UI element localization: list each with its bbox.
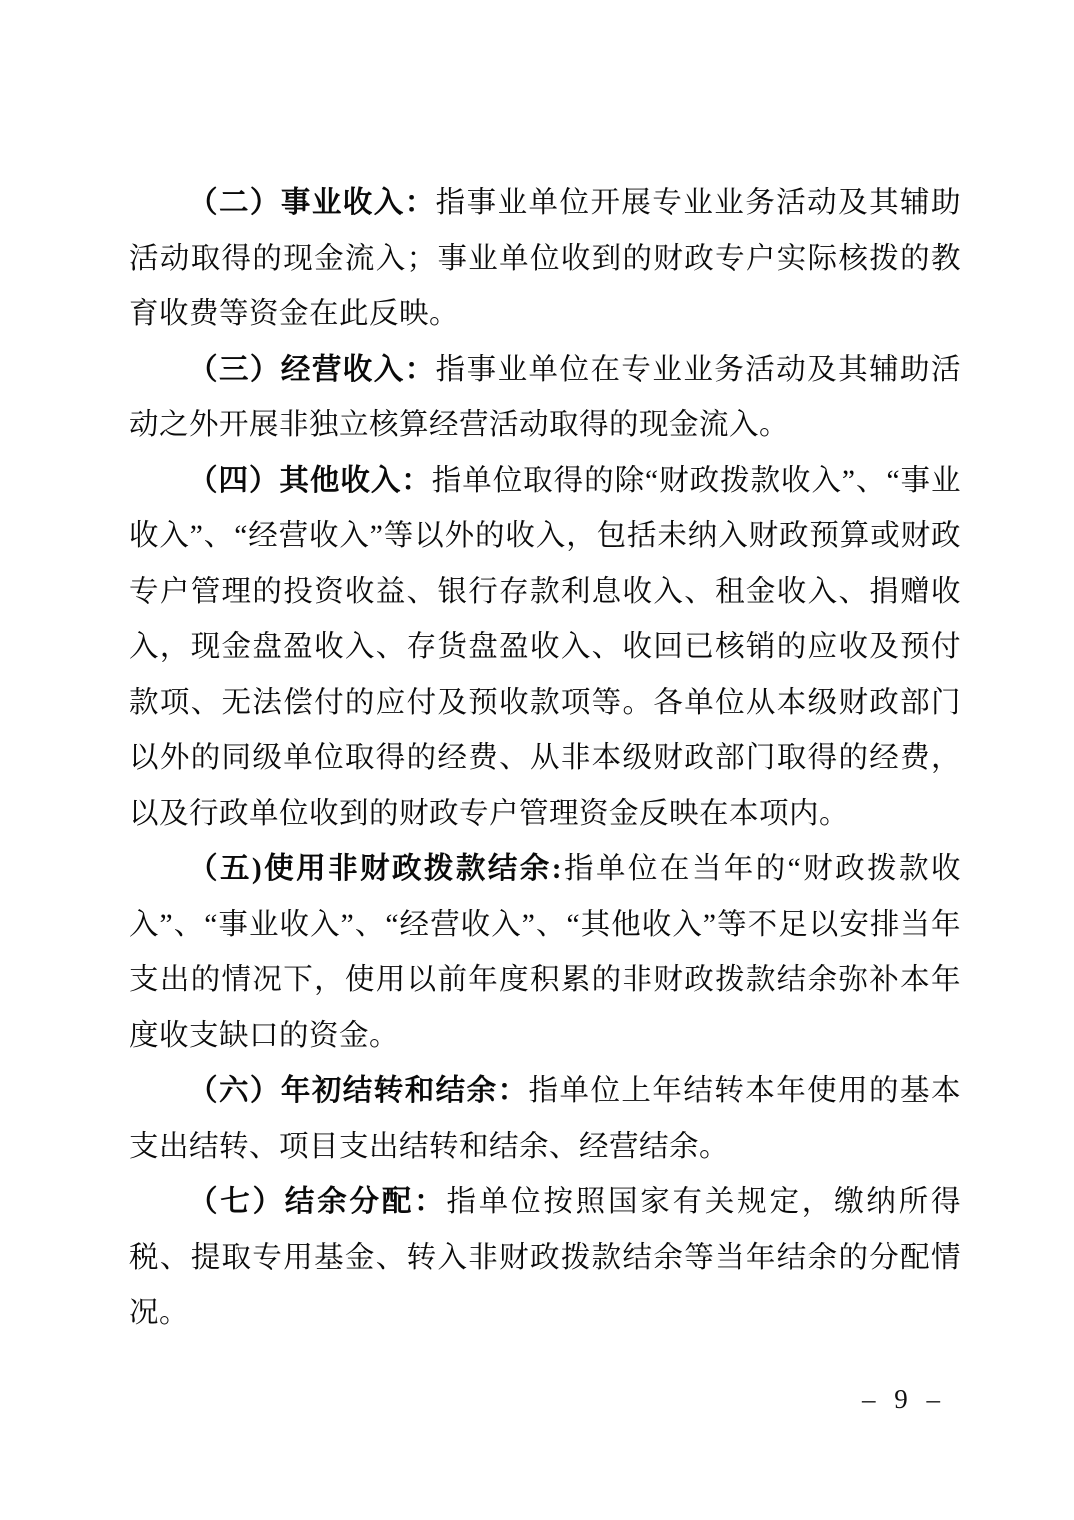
- paragraph-heading: （二）事业收入：: [188, 187, 436, 219]
- paragraph-heading: （六）年初结转和结余：: [188, 1075, 529, 1107]
- paragraph-heading: （五)使用非财政拨款结余:: [188, 853, 562, 885]
- paragraph-heading: （四）其他收入：: [188, 465, 432, 497]
- paragraph-nianchu-jiezhuan-jieyu: （六）年初结转和结余：指单位上年结转本年使用的基本支出结转、项目支出结转和结余、…: [129, 1064, 961, 1175]
- paragraph-qita-shouru: （四）其他收入：指单位取得的除“财政拨款收入”、“事业收入”、“经营收入”等以外…: [129, 454, 961, 843]
- paragraph-jingying-shouru: （三）经营收入：指事业单位在专业业务活动及其辅助活动之外开展非独立核算经营活动取…: [129, 343, 961, 454]
- paragraph-body: 指单位取得的除“财政拨款收入”、“事业收入”、“经营收入”等以外的收入，包括未纳…: [129, 465, 961, 830]
- paragraph-feicaizheng-bokuan-jieyu: （五)使用非财政拨款结余:指单位在当年的“财政拨款收入”、“事业收入”、“经营收…: [129, 842, 961, 1064]
- document-text: （二）事业收入：指事业单位开展专业业务活动及其辅助活动取得的现金流入；事业单位收…: [129, 176, 961, 1342]
- paragraph-heading: （三）经营收入：: [188, 354, 436, 386]
- paragraph-jieyu-fenpei: （七）结余分配：指单位按照国家有关规定，缴纳所得税、提取专用基金、转入非财政拨款…: [129, 1175, 961, 1342]
- page-number: – 9 –: [862, 1384, 946, 1415]
- paragraph-heading: （七）结余分配：: [188, 1186, 446, 1218]
- paragraph-shiye-shouru: （二）事业收入：指事业单位开展专业业务活动及其辅助活动取得的现金流入；事业单位收…: [129, 176, 961, 343]
- document-page: （二）事业收入：指事业单位开展专业业务活动及其辅助活动取得的现金流入；事业单位收…: [0, 0, 1074, 1520]
